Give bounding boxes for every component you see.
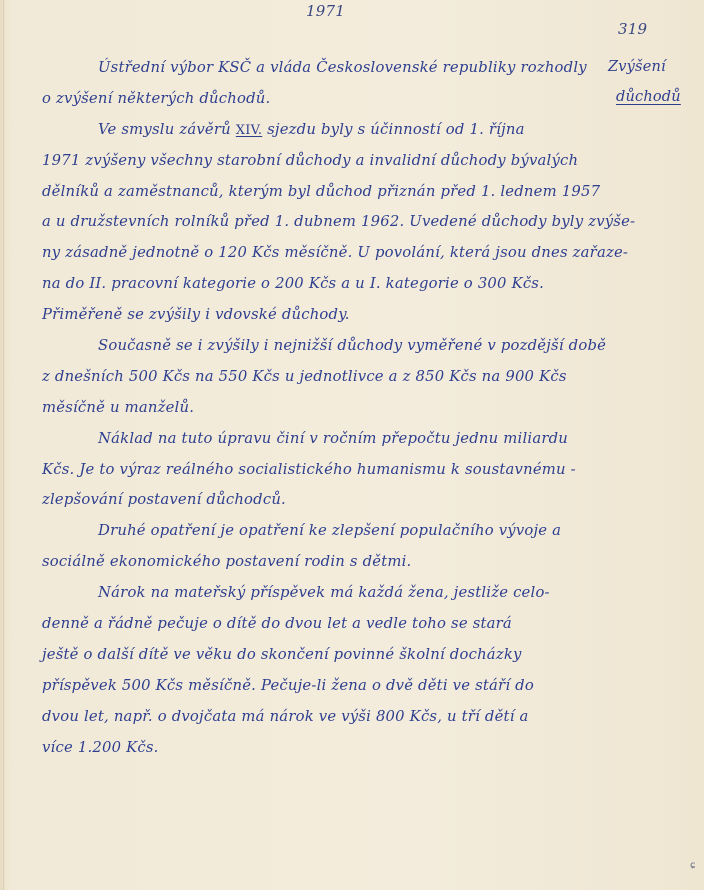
text-line: Ústřední výbor KSČ a vláda Československ… [42,53,602,84]
text-line: měsíčně u manželů. [42,393,602,424]
text-line: 1971 zvýšeny všechny starobní důchody a … [42,146,602,177]
chronicle-page: 1971 319 Zvýšení důchodů Ústřední výbor … [0,0,704,890]
text-line: o zvýšení některých důchodů. [42,84,602,115]
margin-note-line: Zvýšení [608,52,698,82]
year-header: 1971 [306,2,345,20]
text-line: dvou let, např. o dvojčata má nárok ve v… [42,702,602,733]
text-line: Ve smyslu závěrů XIV. sjezdu byly s účin… [42,115,602,146]
text-line: sociálně ekonomického postavení rodin s … [42,547,602,578]
handwritten-body-text: Ústřední výbor KSČ a vláda Československ… [42,53,602,763]
text-line: zlepšování postavení důchodců. [42,485,602,516]
text-line: dělníků a zaměstnanců, kterým byl důchod… [42,177,602,208]
text-line: Současně se i zvýšily i nejnižší důchody… [42,331,602,362]
text-line: z dnešních 500 Kčs na 550 Kčs u jednotli… [42,362,602,393]
margin-note: Zvýšení důchodů [608,52,698,112]
text-line: Kčs. Je to výraz reálného socialistickéh… [42,455,602,486]
text-line: a u družstevních rolníků před 1. dubnem … [42,207,602,238]
text-line: příspěvek 500 Kčs měsíčně. Pečuje-li žen… [42,671,602,702]
text-line: denně a řádně pečuje o dítě do dvou let … [42,609,602,640]
corner-mark: ɕ [690,860,696,871]
text-line: Náklad na tuto úpravu činí v ročním přep… [42,424,602,455]
page-number: 319 [618,20,647,38]
text-line: Nárok na mateřský příspěvek má každá žen… [42,578,602,609]
text-line: Přiměřeně se zvýšily i vdovské důchody. [42,300,602,331]
text-line: Druhé opatření je opatření ke zlepšení p… [42,516,602,547]
underlined-text: XIV. [236,123,262,138]
text-line: více 1.200 Kčs. [42,733,602,764]
text-line: na do II. pracovní kategorie o 200 Kčs a… [42,269,602,300]
margin-note-line: důchodů [608,82,698,112]
text-line: ny zásadně jednotně o 120 Kčs měsíčně. U… [42,238,602,269]
text-line: ještě o další dítě ve věku do skončení p… [42,640,602,671]
